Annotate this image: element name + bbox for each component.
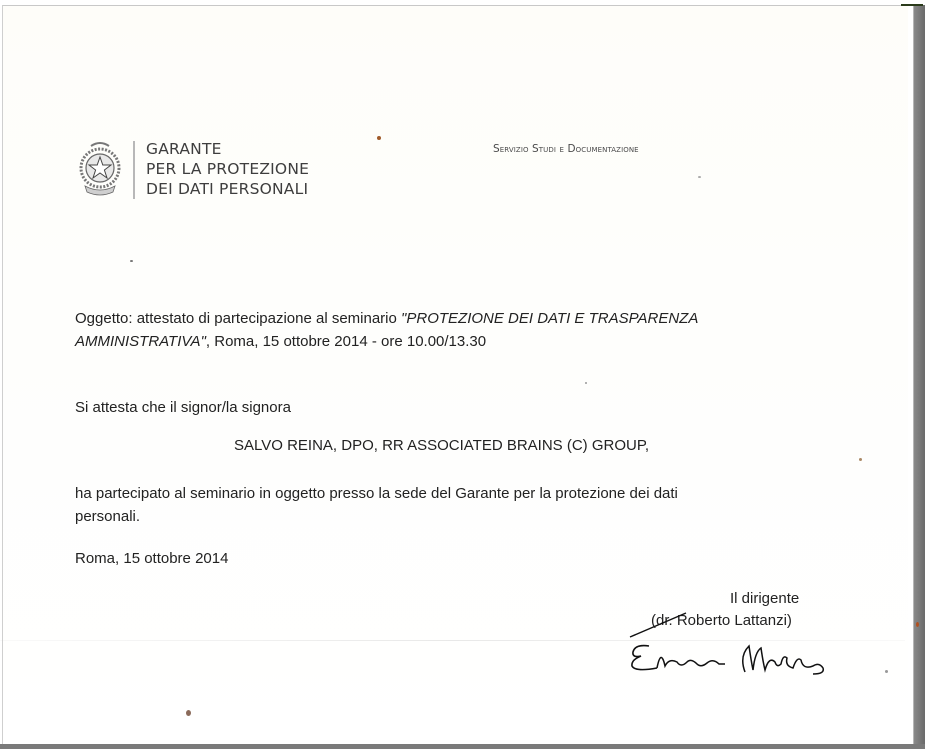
scan-speck [130,260,133,262]
subject-suffix: , Roma, 15 ottobre 2014 - ore 10.00/13.3… [206,333,486,350]
scan-speck [916,622,919,627]
scan-speck [885,670,888,673]
scan-speck [377,136,381,140]
seminar-title-line-2: AMMINISTRATIVA" [75,333,206,350]
org-name-line-1: GARANTE [146,139,309,159]
organization-name: GARANTE PER LA PROTEZIONE DEI DATI PERSO… [146,139,309,199]
participation-line-1: ha partecipato al seminario in oggetto p… [75,482,678,505]
header-divider [133,141,135,199]
department-name: Servizio Studi e Documentazione [493,143,639,155]
scan-speck [585,382,587,384]
italian-republic-emblem-icon [77,138,123,202]
participant-name: SALVO REINA, DPO, RR ASSOCIATED BRAINS (… [234,437,649,454]
seminar-title-line-1: "PROTEZIONE DEI DATI E TRASPARENZA [401,310,698,327]
org-name-line-2: PER LA PROTEZIONE [146,159,309,179]
scanned-document: GARANTE PER LA PROTEZIONE DEI DATI PERSO… [0,0,925,749]
participation-line-2: personali. [75,505,678,528]
place-date: Roma, 15 ottobre 2014 [75,547,228,570]
scan-edge-mark [901,4,923,6]
attest-line: Si attesta che il signor/la signora [75,396,291,419]
participation-paragraph: ha partecipato al seminario in oggetto p… [75,482,678,528]
paper-sheet [2,5,908,745]
page-shadow-bottom [0,744,925,749]
org-name-line-3: DEI DATI PERSONALI [146,179,309,199]
subject-prefix: Oggetto: attestato di partecipazione al … [75,310,401,327]
signer-title: Il dirigente [730,590,799,607]
page-shadow-right [909,5,925,749]
scan-speck [186,710,191,716]
handwritten-signature [627,636,832,676]
scan-speck [859,458,862,461]
scan-speck [698,176,701,178]
subject-paragraph: Oggetto: attestato di partecipazione al … [75,307,698,353]
